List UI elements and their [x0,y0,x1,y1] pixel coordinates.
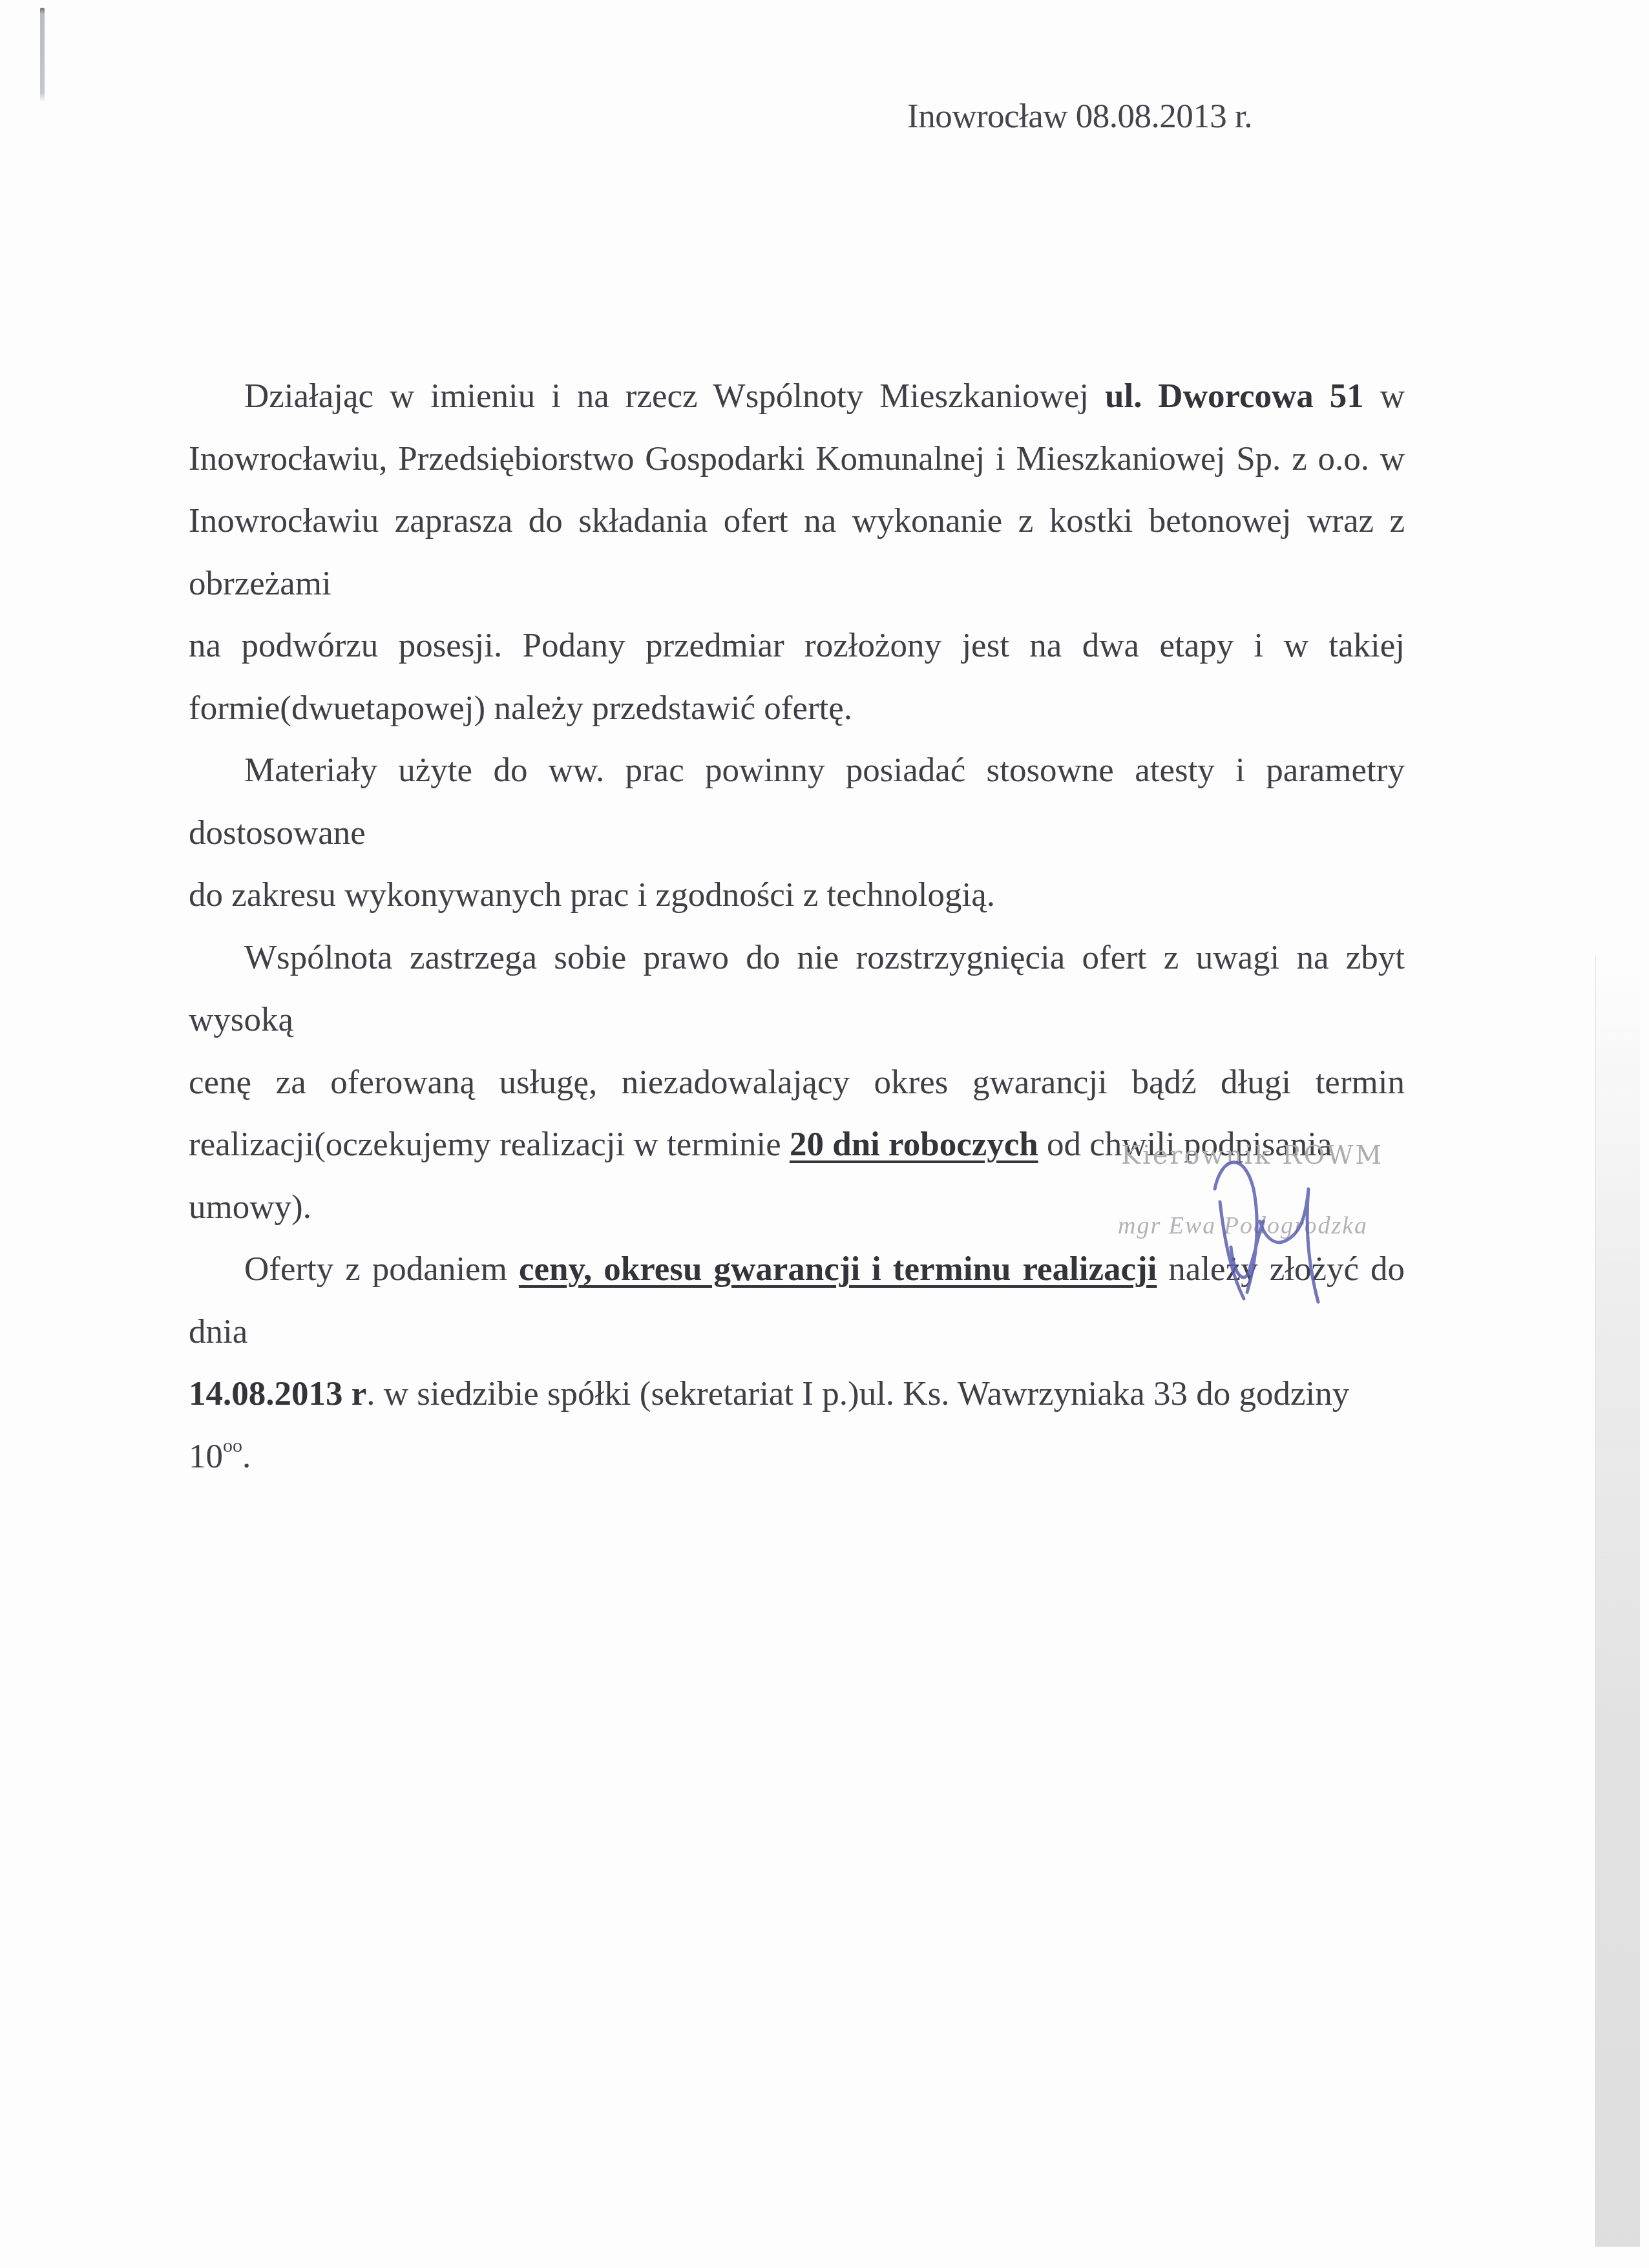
offer-requirements: ceny, okresu gwarancji i terminu realiza… [519,1250,1157,1288]
handwritten-signature [1208,1150,1325,1305]
deadline-working-days: 20 dni roboczych [790,1126,1038,1163]
address-community: ul. Dworcowa 51 [1105,377,1364,415]
scan-edge-mark [40,8,45,102]
place-and-date: Inowrocław 08.08.2013 r. [907,97,1252,136]
submission-date: 14.08.2013 r [189,1375,366,1412]
scan-shadow-strip [1595,956,1640,2247]
paragraph-materials: Materiały użyte do ww. prac powinny posi… [189,739,1405,927]
paragraph-invitation: Działając w imieniu i na rzecz Wspólnoty… [189,365,1405,739]
letter-body: Działając w imieniu i na rzecz Wspólnoty… [189,365,1405,1487]
